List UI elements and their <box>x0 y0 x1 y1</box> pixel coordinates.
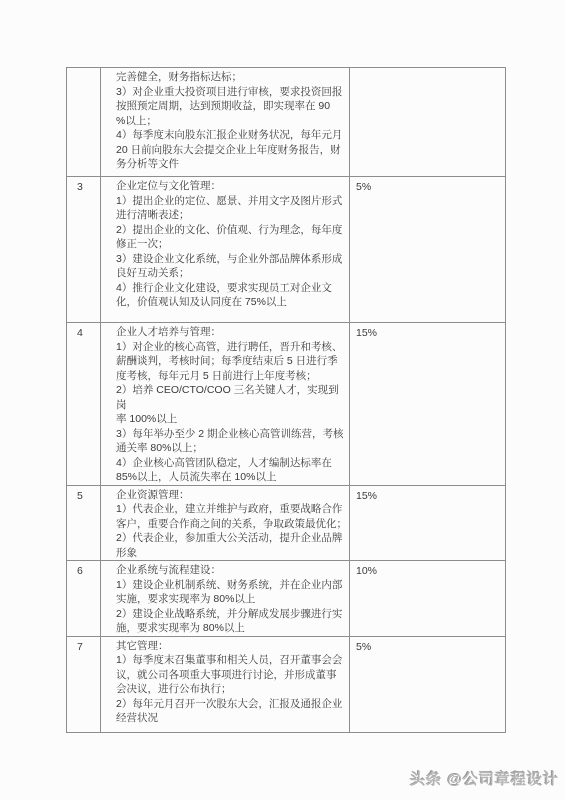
row-percent-cell <box>350 68 506 177</box>
row-content-cell: 其它管理： 1）每季度末召集董事和相关人员，召开董事会会 议，就公司各项重大事项… <box>101 636 350 732</box>
row-content-text: 其它管理： 1）每季度末召集董事和相关人员，召开董事会会 议，就公司各项重大事项… <box>116 640 342 725</box>
table-row: 3 企业定位与文化管理： 1）提出企业的定位、愿景、并用文字及图片形式 进行清晰… <box>67 177 506 323</box>
row-percent-cell: 10% <box>350 561 506 637</box>
row-number: 6 <box>77 565 83 577</box>
toutiao-watermark: 头条 @公司章程设计 <box>410 768 559 789</box>
row-content-text: 完善健全，财务指标达标； 3）对企业重大投资项目进行审核，要求投资回报 按照预定… <box>116 71 342 170</box>
table-row: 7 其它管理： 1）每季度末召集董事和相关人员，召开董事会会 议，就公司各项重大… <box>67 636 506 732</box>
row-percent: 5% <box>356 641 371 653</box>
table-row: 4 企业人才培养与管理： 1）对企业的核心高管，进行聘任，晋升和考核、 薪酬谈判… <box>67 323 506 486</box>
row-content-cell: 完善健全，财务指标达标； 3）对企业重大投资项目进行审核，要求投资回报 按照预定… <box>101 68 350 177</box>
row-percent: 15% <box>356 327 377 339</box>
row-percent-cell: 5% <box>350 177 506 323</box>
row-number-cell: 4 <box>67 323 101 486</box>
table-row: 6 企业系统与流程建设： 1）建设企业机制系统、财务系统，并在企业内部 实施，要… <box>67 561 506 637</box>
row-content-cell: 企业人才培养与管理： 1）对企业的核心高管，进行聘任，晋升和考核、 薪酬谈判，考… <box>101 323 350 486</box>
row-number: 4 <box>77 327 83 339</box>
row-number-cell: 5 <box>67 485 101 561</box>
row-percent-cell: 15% <box>350 323 506 486</box>
row-number-cell: 3 <box>67 177 101 323</box>
row-percent: 10% <box>356 565 377 577</box>
duties-table: 完善健全，财务指标达标； 3）对企业重大投资项目进行审核，要求投资回报 按照预定… <box>66 67 506 733</box>
row-content-text: 企业系统与流程建设： 1）建设企业机制系统、财务系统，并在企业内部 实施，要求实… <box>116 564 342 634</box>
table-row: 完善健全，财务指标达标； 3）对企业重大投资项目进行审核，要求投资回报 按照预定… <box>67 68 506 177</box>
row-content-text: 企业人才培养与管理： 1）对企业的核心高管，进行聘任，晋升和考核、 薪酬谈判，考… <box>116 326 344 483</box>
table-row: 5 企业资源管理： 1）代表企业，建立并维护与政府，重要战略合作 客户，重要合作… <box>67 485 506 561</box>
row-percent-cell: 5% <box>350 636 506 732</box>
row-number: 7 <box>77 641 83 653</box>
row-content-text: 企业资源管理： 1）代表企业，建立并维护与政府，重要战略合作 客户，重要合作商之… <box>116 489 347 559</box>
row-percent: 15% <box>356 490 377 502</box>
row-number-cell: 6 <box>67 561 101 637</box>
row-percent-cell: 15% <box>350 485 506 561</box>
row-content-cell: 企业资源管理： 1）代表企业，建立并维护与政府，重要战略合作 客户，重要合作商之… <box>101 485 350 561</box>
row-number-cell: 7 <box>67 636 101 732</box>
row-content-cell: 企业定位与文化管理： 1）提出企业的定位、愿景、并用文字及图片形式 进行清晰表述… <box>101 177 350 323</box>
row-percent: 5% <box>356 181 371 193</box>
row-number: 3 <box>77 181 83 193</box>
row-content-text: 企业定位与文化管理： 1）提出企业的定位、愿景、并用文字及图片形式 进行清晰表述… <box>116 180 342 308</box>
row-number-cell <box>67 68 101 177</box>
row-number: 5 <box>77 490 83 502</box>
row-content-cell: 企业系统与流程建设： 1）建设企业机制系统、财务系统，并在企业内部 实施，要求实… <box>101 561 350 637</box>
